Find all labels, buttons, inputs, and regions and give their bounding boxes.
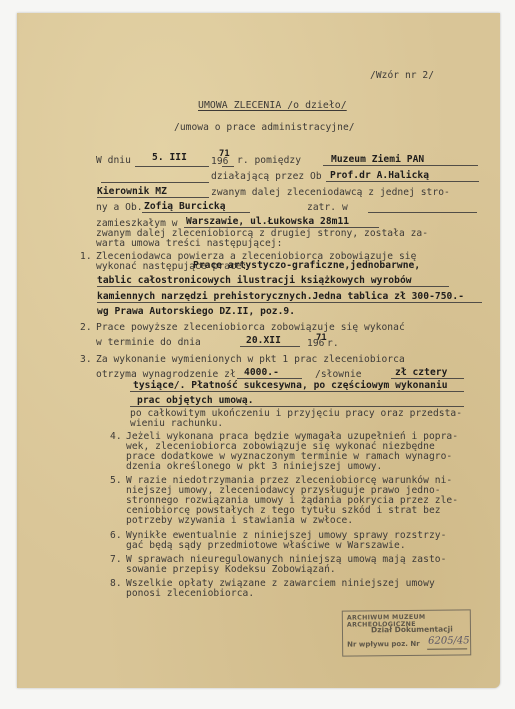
- form-label: /Wzór nr 2/: [370, 70, 434, 81]
- dzialajaca-label: działającą przez Ob: [211, 171, 322, 182]
- document-page: /Wzór nr 2/ UMOWA ZLECENIA /o dzieło/ /u…: [17, 13, 500, 688]
- clause-3-tail-2: wieniu rachunku.: [130, 418, 223, 429]
- ny-a-ob-label: ny a Ob.: [96, 202, 143, 213]
- amount-words-line: [391, 378, 464, 379]
- zatr-w-label: zatr. w: [307, 202, 348, 213]
- w-dniu-label: W dniu: [96, 155, 131, 166]
- clause-1-fill-1: Prace artystyczo-graficzne,jednobarwne,: [193, 260, 420, 271]
- clause-8-number: 8.: [110, 578, 122, 589]
- clause-4-line-4: dzenia określonego w pkt 3 niniejszej um…: [126, 461, 382, 472]
- year-fill: 71: [219, 149, 230, 160]
- clause-2-year-fill: 71: [316, 333, 327, 344]
- clause-3-number: 3.: [80, 354, 92, 365]
- year-blank-line: [222, 166, 234, 167]
- clause-1-fill-4: wg Prawa Autorskiego DZ.II, poz.9.: [97, 306, 295, 317]
- document-title: UMOWA ZLECENIA /o dzieło/: [198, 100, 347, 111]
- role-line: [97, 197, 209, 198]
- clause-1-number: 1.: [80, 251, 92, 262]
- warta-line: warta umowa treści następującej:: [96, 238, 282, 249]
- clause-7-number: 7.: [110, 554, 122, 565]
- stamp-number: 6205/45: [428, 635, 470, 646]
- stamp-line-2: Dział Dokumentacji: [371, 625, 453, 635]
- stamp-number-line: [427, 648, 467, 649]
- clause-3-line-b: [130, 406, 464, 407]
- archive-stamp: ARCHIWUM MUZEUM ARCHEOLOGICZNE Dział Dok…: [342, 609, 471, 656]
- representative-fill: Prof.dr A.Halicką: [330, 170, 429, 181]
- clause-1-line-b: [97, 302, 482, 303]
- clause-2-number: 2.: [80, 322, 92, 333]
- clause-6-line-2: gać będą sądy przedmiotowe właściwe w Wa…: [126, 540, 406, 551]
- clause-5-number: 5.: [110, 475, 122, 486]
- clause-1-line-a: [97, 286, 449, 287]
- clause-1-fill-3: kamiennych narzędzi prehistorycznych.Jed…: [97, 291, 464, 302]
- amount-line: [237, 378, 302, 379]
- clause-6-number: 6.: [110, 530, 122, 541]
- clause-3-line-2: otrzyma wynagrodzenie zł: [96, 369, 236, 380]
- clause-2-year-suffix: r.: [327, 338, 339, 349]
- amount-fill: 4000.-: [244, 367, 279, 378]
- clause-2-line-1: Prace powyższe zleceniobiorca zobowiązuj…: [96, 322, 405, 333]
- clause-8-line-2: ponosi zleceniobiorca.: [126, 588, 254, 599]
- amount-words-fill: zł cztery: [395, 367, 447, 378]
- role-fill: Kierownik MZ: [97, 186, 167, 197]
- slownie-label: /słownie: [315, 369, 362, 380]
- party1-line: [323, 165, 478, 166]
- clause-3-fill-2: prac objętych umową.: [137, 395, 254, 406]
- date-blank-line: [135, 166, 209, 167]
- address-fill: Warszawie, ul.Łukowska 28m11: [186, 216, 349, 227]
- deadline-line: [240, 346, 300, 347]
- date-fill: 5. III: [152, 152, 187, 163]
- contractor-line: [142, 212, 250, 213]
- clause-3-line-1: Za wykonanie wymienionych w pkt 1 prac z…: [96, 354, 405, 365]
- representative-line: [326, 181, 479, 182]
- clause-7-line-2: sowanie przepisy Kodeksu Zobowiązań.: [126, 564, 336, 575]
- stamp-line-3: Nr wpływu poz. Nr: [347, 640, 420, 649]
- clause-3-fill-1: tysiące/. Płatność sukcesywna, po części…: [133, 380, 448, 391]
- clause-5-line-5: potrzeby wzywania i stawiania w zwłoce.: [126, 515, 353, 526]
- deadline-fill: 20.XII: [246, 335, 281, 346]
- clause-3-line-a: [130, 391, 464, 392]
- zwanym-1: zwanym dalej zleceniodawcą z jednej stro…: [211, 187, 450, 198]
- clause-1-fill-2: tablic całostronicowych ilustracji książ…: [97, 275, 412, 286]
- party1-cont-line: [101, 182, 209, 183]
- pomiedzy-label: r. pomiędzy: [237, 155, 301, 166]
- contractor-fill: Zofią Burcicką: [144, 201, 226, 212]
- clause-4-number: 4.: [110, 431, 122, 442]
- document-subtitle: /umowa o prace administracyjne/: [174, 122, 355, 133]
- clause-2-line-2: w terminie do dnia: [96, 337, 201, 348]
- party1-fill: Muzeum Ziemi PAN: [331, 154, 424, 165]
- employer-blank-line: [368, 212, 477, 213]
